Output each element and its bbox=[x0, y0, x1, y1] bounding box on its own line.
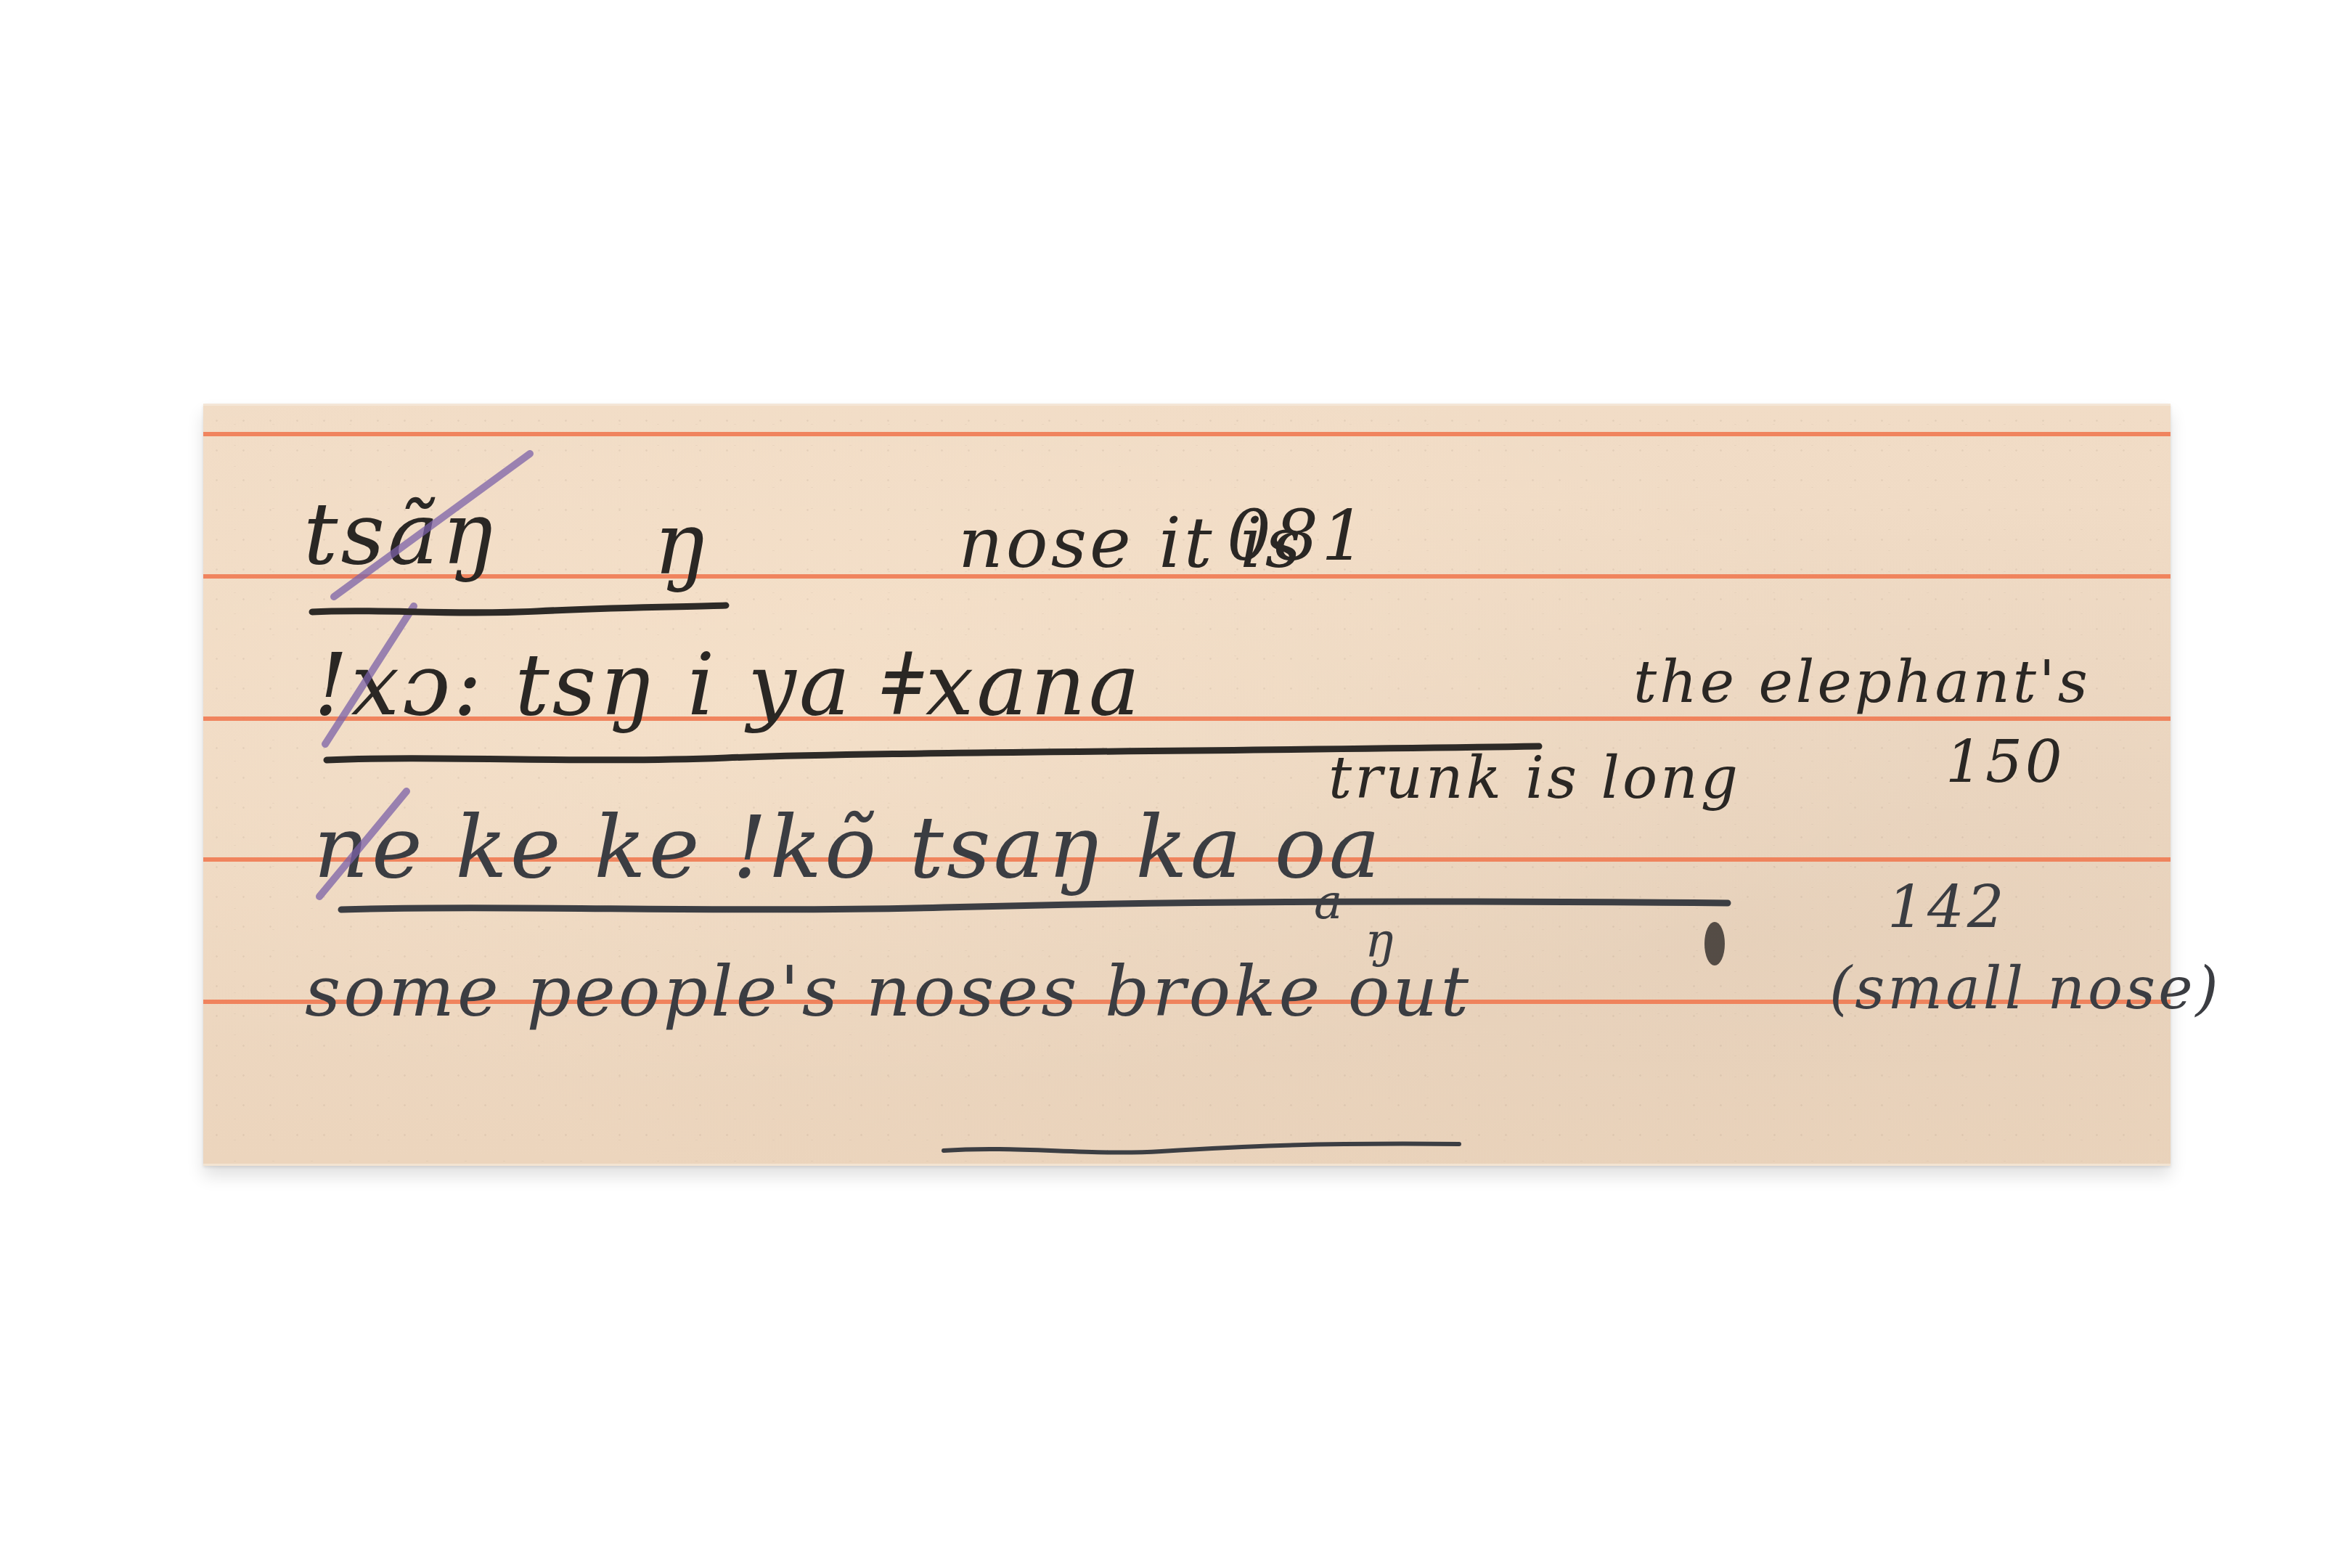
line3-native-text: ne ke ke !kõ tsaŋ ka oa bbox=[314, 804, 1383, 890]
line4-translation: some people's noses broke out bbox=[305, 957, 1471, 1026]
line1-number: 081 bbox=[1227, 501, 1368, 571]
line2-number: 150 bbox=[1945, 733, 2065, 791]
line3-correction-above: a bbox=[1314, 878, 1345, 926]
line4-note: (small nose) bbox=[1829, 960, 2221, 1018]
line4-number: 142 bbox=[1887, 878, 2007, 936]
line2-native-text: !xɔ: tsŋ i ya ǂxana bbox=[314, 642, 1143, 727]
photo-stage: tsãŋ ŋ nose it is 081 !xɔ: tsŋ i ya ǂxan… bbox=[0, 0, 2352, 1568]
rule-line bbox=[203, 432, 2171, 436]
line1-native-text: tsãŋ bbox=[303, 491, 499, 576]
line2-translation-continued: trunk is long bbox=[1328, 749, 1741, 807]
line4-insertion-above: ŋ bbox=[1365, 916, 1399, 964]
line1-gloss-marker: ŋ bbox=[653, 501, 711, 587]
line2-translation: the elephant's bbox=[1633, 653, 2091, 711]
